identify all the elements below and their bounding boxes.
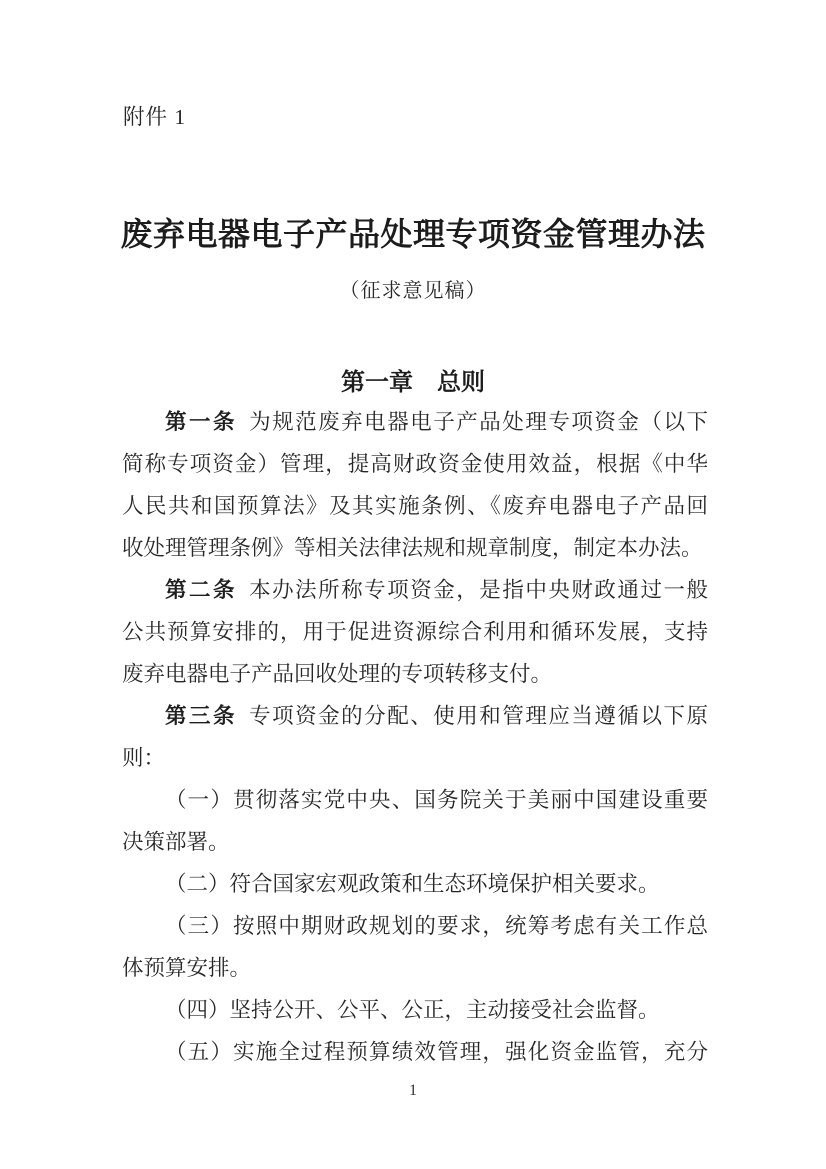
paragraph-line: （二）符合国家宏观政策和生态环境保护相关要求。: [122, 863, 708, 905]
paragraph-line: 第一条为规范废弃电器电子产品处理专项资金（以下: [122, 401, 708, 443]
article-number: 第一条: [165, 410, 237, 434]
paragraph-line: 则：: [122, 737, 708, 779]
paragraph-line: 第二条本办法所称专项资金，是指中央财政通过一般: [122, 569, 708, 611]
attachment-label: 附件 1: [123, 103, 186, 131]
paragraph-line: 体预算安排。: [122, 947, 708, 989]
document-subtitle: （征求意见稿）: [0, 276, 826, 306]
document-page: 附件 1 废弃电器电子产品处理专项资金管理办法 （征求意见稿） 第一章 总则 第…: [0, 0, 826, 1169]
paragraph-line: 简称专项资金）管理，提高财政资金使用效益，根据《中华: [122, 443, 708, 485]
paragraph-line: （三）按照中期财政规划的要求，统筹考虑有关工作总: [122, 905, 708, 947]
document-body: 第一条为规范废弃电器电子产品处理专项资金（以下简称专项资金）管理，提高财政资金使…: [122, 401, 708, 1073]
article-number: 第二条: [165, 578, 237, 602]
paragraph-line: 公共预算安排的，用于促进资源综合利用和循环发展，支持: [122, 611, 708, 653]
paragraph-line: 人民共和国预算法》及其实施条例、《废弃电器电子产品回: [122, 485, 708, 527]
paragraph-line: （一）贯彻落实党中央、国务院关于美丽中国建设重要: [122, 779, 708, 821]
paragraph-line: 决策部署。: [122, 821, 708, 863]
paragraph-line: 第三条专项资金的分配、使用和管理应当遵循以下原: [122, 695, 708, 737]
paragraph-line: 废弃电器电子产品回收处理的专项转移支付。: [122, 653, 708, 695]
chapter-heading: 第一章 总则: [0, 367, 826, 399]
document-title: 废弃电器电子产品处理专项资金管理办法: [0, 212, 826, 256]
article-number: 第三条: [165, 704, 237, 728]
page-number: 1: [0, 1080, 826, 1102]
paragraph-line: （五）实施全过程预算绩效管理，强化资金监管，充分: [122, 1031, 708, 1073]
paragraph-line: 收处理管理条例》等相关法律法规和规章制度，制定本办法。: [122, 527, 708, 569]
paragraph-line: （四）坚持公开、公平、公正，主动接受社会监督。: [122, 989, 708, 1031]
